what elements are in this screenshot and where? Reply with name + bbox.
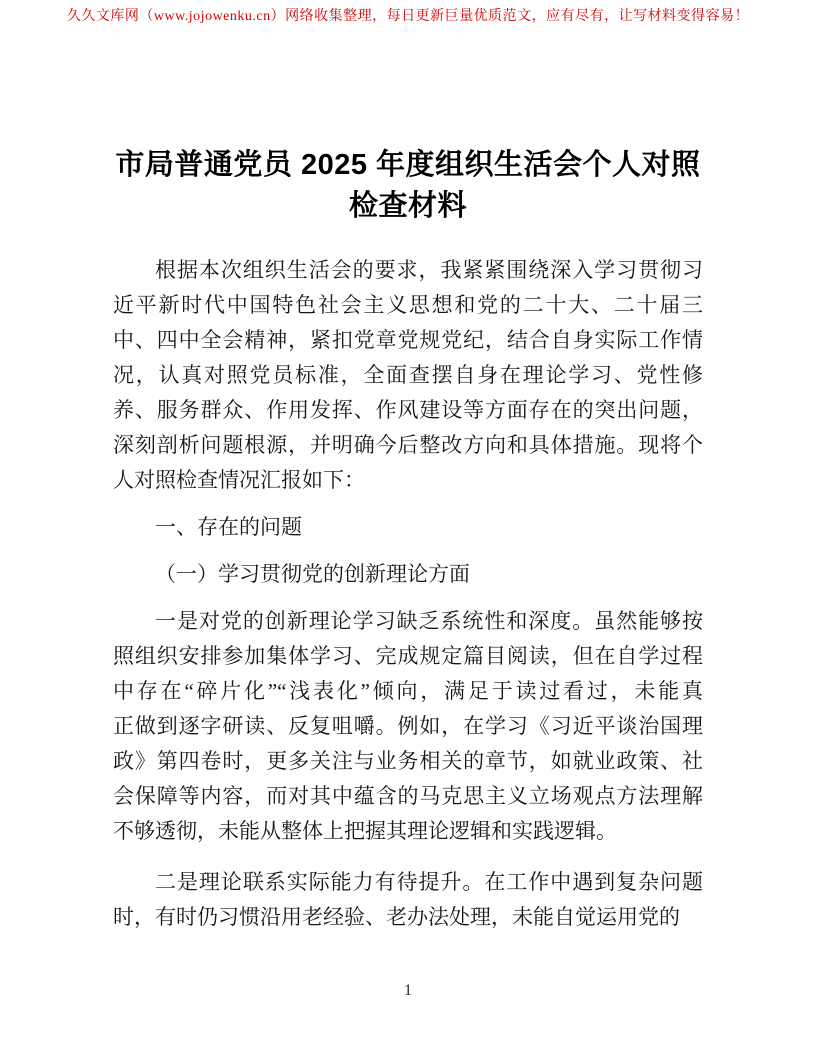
text-line: 照组织安排参加集体学习、完成规定篇目阅读，但在自学过程	[113, 639, 703, 674]
text-line: 根据本次组织生活会的要求，我紧紧围绕深入学习贯彻习	[113, 253, 703, 288]
text-line: 正做到逐字研读、反复咀嚼。例如，在学习《习近平谈治国理	[113, 709, 703, 744]
text-line: 深刻剖析问题根源，并明确今后整改方向和具体措施。现将个	[113, 428, 703, 463]
text-line: 不够透彻，未能从整体上把握其理论逻辑和实践逻辑。	[113, 814, 703, 849]
document-title-line2: 检查材料	[58, 186, 758, 227]
text-line: 近平新时代中国特色社会主义思想和党的二十大、二十届三	[113, 288, 703, 323]
watermark-header: 久久文库网（www.jojowenku.cn）网络收集整理，每日更新巨量优质范文…	[0, 0, 816, 27]
document-title: 市局普通党员 2025 年度组织生活会个人对照 检查材料	[58, 145, 758, 227]
paragraph: 一是对党的创新理论学习缺乏系统性和深度。虽然能够按照组织安排参加集体学习、完成规…	[113, 604, 703, 849]
section-heading: （一）学习贯彻党的创新理论方面	[113, 557, 703, 592]
document-page: 久久文库网（www.jojowenku.cn）网络收集整理，每日更新巨量优质范文…	[0, 0, 816, 1056]
text-line: 会保障等内容，而对其中蕴含的马克思主义立场观点方法理解	[113, 779, 703, 814]
document-body: 根据本次组织生活会的要求，我紧紧围绕深入学习贯彻习近平新时代中国特色社会主义思想…	[113, 253, 703, 935]
paragraph: 二是理论联系实际能力有待提升。在工作中遇到复杂问题时，有时仍习惯沿用老经验、老办…	[113, 865, 703, 935]
text-line: 时，有时仍习惯沿用老经验、老办法处理，未能自觉运用党的	[113, 900, 703, 935]
page-number: 1	[0, 982, 816, 1000]
section-heading: 一、存在的问题	[113, 510, 703, 545]
text-line: （一）学习贯彻党的创新理论方面	[113, 557, 703, 592]
text-line: 中、四中全会精神，紧扣党章党规党纪，结合自身实际工作情	[113, 323, 703, 358]
text-line: 养、服务群众、作用发挥、作风建设等方面存在的突出问题，	[113, 393, 703, 428]
text-line: 政》第四卷时，更多关注与业务相关的章节，如就业政策、社	[113, 744, 703, 779]
text-line: 人对照检查情况汇报如下：	[113, 463, 703, 498]
text-line: 一、存在的问题	[113, 510, 703, 545]
paragraph: 根据本次组织生活会的要求，我紧紧围绕深入学习贯彻习近平新时代中国特色社会主义思想…	[113, 253, 703, 498]
text-line: 中存在“碎片化”“浅表化”倾向，满足于读过看过，未能真	[113, 674, 703, 709]
document-title-line1: 市局普通党员 2025 年度组织生活会个人对照	[58, 145, 758, 186]
text-line: 一是对党的创新理论学习缺乏系统性和深度。虽然能够按	[113, 604, 703, 639]
text-line: 况，认真对照党员标准，全面查摆自身在理论学习、党性修	[113, 358, 703, 393]
text-line: 二是理论联系实际能力有待提升。在工作中遇到复杂问题	[113, 865, 703, 900]
